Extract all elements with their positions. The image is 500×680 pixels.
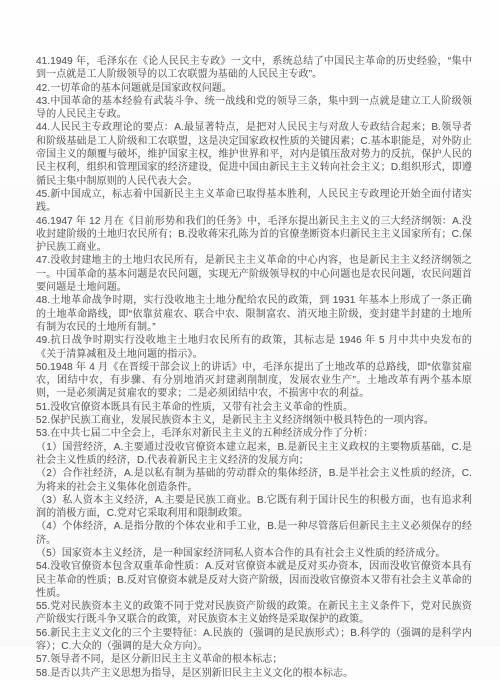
note-item-44: 44.人民民主专政理论的要点：A.最显著特点，是把对人民民主与对敌人专政结合起来… bbox=[36, 121, 472, 187]
note-item-53-sub-1: （1）国营经济，A.主要通过没收官僚资本建立起来，B.是新民主主义政权的主要物质… bbox=[36, 441, 472, 468]
note-item-51: 51.没收官僚资本既具有民主革命的性质，又带有社会主义革命的性质。 bbox=[36, 401, 472, 414]
note-item-53-sub-2: （2）合作社经济，A.是以私有制为基础的劳动群众的集体经济，B.是半社会主义性质… bbox=[36, 467, 472, 494]
note-item-43: 43.中国革命的基本经验有武装斗争、统一战线和党的领导三条，集中到一点就是建立工… bbox=[36, 95, 472, 122]
note-item-53-sub-5: （5）国家资本主义经济，是一种国家经济同私人资本合作的具有社会主义性质的经济成分… bbox=[36, 547, 472, 560]
note-item-52: 52.保护民族工商业，发展民族资本主义，是新民主主义经济纲领中极具特色的一项内容… bbox=[36, 414, 472, 427]
note-item-47: 47.没收封建地主的土地归农民所有，是新民主主义革命的中心内容，也是新民主主义经… bbox=[36, 254, 472, 294]
note-item-46: 46.1947 年 12 月在《目前形势和我们的任务》中，毛泽东提出新民主主义的… bbox=[36, 215, 472, 255]
note-item-56: 56.新民主主义文化的三个主要特征：A.民族的（强调的是民族形式）；B.科学的（… bbox=[36, 627, 472, 647]
note-item-53-sub-4: （4）个体经济，A.是指分散的个体农业和手工业，B.是一种尽管落后但新民主主义必… bbox=[36, 520, 472, 547]
note-item-53: 53.在中共七届二中全会上，毛泽东对新民主主义的五种经济成分作了分析： bbox=[36, 427, 472, 440]
note-item-49: 49.抗日战争时期实行没收地主土地归农民所有的政策，其标志是 1946 年 5 … bbox=[36, 334, 472, 361]
document-page: 41.1949 年，毛泽东在《论人民民主专政》一文中，系统总结了中国民主革命的历… bbox=[0, 0, 500, 647]
note-item-42: 42.一切革命的基本问题就是国家政权问题。 bbox=[36, 82, 472, 95]
note-item-41: 41.1949 年，毛泽东在《论人民民主专政》一文中，系统总结了中国民主革命的历… bbox=[36, 55, 472, 82]
notes-text-block: 41.1949 年，毛泽东在《论人民民主专政》一文中，系统总结了中国民主革命的历… bbox=[36, 55, 472, 647]
note-item-53-sub-3: （3）私人资本主义经济，A.主要是民族工商业。B.它既有利于国计民生的积极方面，… bbox=[36, 494, 472, 521]
note-item-50: 50.1948 年 4 月《在晋绥干部会议上的讲话》中，毛泽东提出了土地改革的总… bbox=[36, 361, 472, 401]
note-item-45: 45.新中国成立，标志着中国新民主主义革命已取得基本胜利，人民民主专政理论开始全… bbox=[36, 188, 472, 215]
note-item-55: 55.党对民族资本主义的政策不同于党对民族资产阶级的政策。在新民主主义条件下，党… bbox=[36, 600, 472, 627]
note-item-54: 54.没收官僚资本包含双重革命性质：A.反对官僚资本就是反对买办资本，因而没收官… bbox=[36, 560, 472, 600]
note-item-48: 48.土地革命战争时期，实行没收地主土地分配给农民的政策，到 1931 年基本上… bbox=[36, 294, 472, 334]
